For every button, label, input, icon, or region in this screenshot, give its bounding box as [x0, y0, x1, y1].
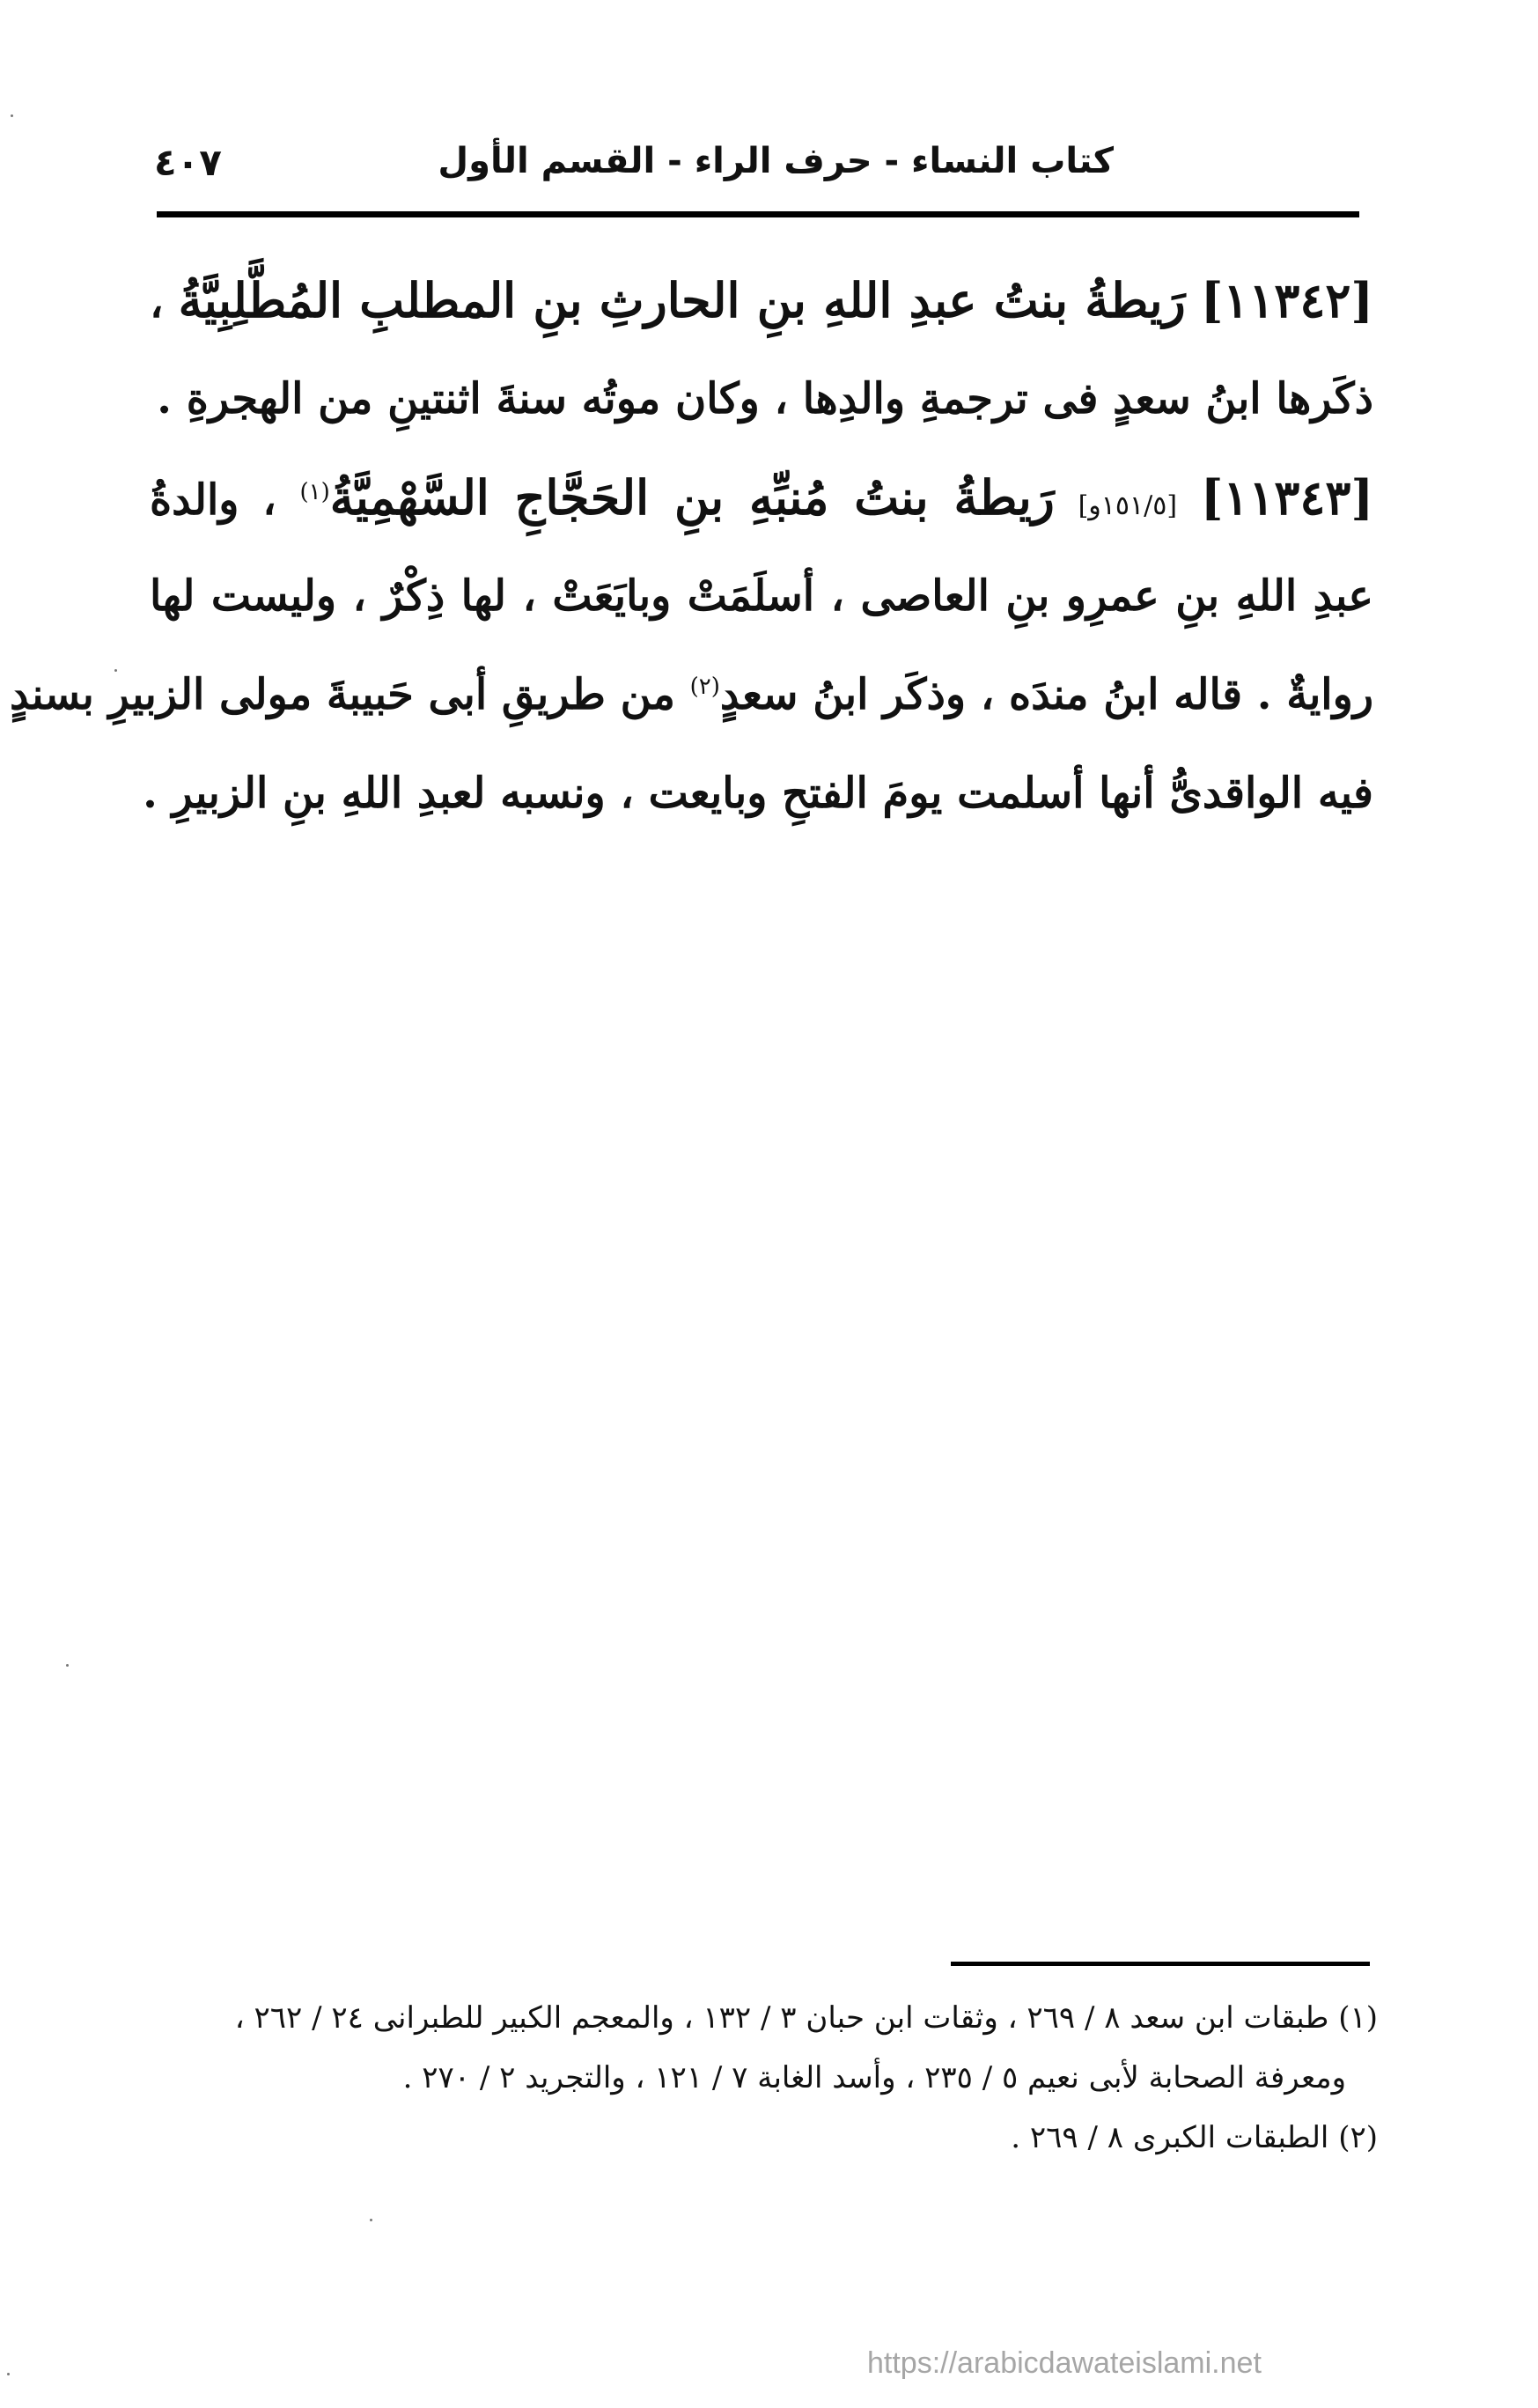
running-title: كتاب النساء - حرف الراء - القسم الأول	[438, 141, 1114, 181]
page-number: ٤٠٧	[154, 141, 222, 184]
footnote-label: (٢)	[1338, 2120, 1378, 2155]
entry-number: [١١٣٤٣]	[1201, 469, 1373, 526]
entry-11343-line-4: فيه الواقدىُّ أنها أسلمت يومَ الفتحِ وبا…	[150, 744, 1373, 843]
footnote-text: الطبقات الكبرى ٨ / ٢٦٩ .	[1011, 2120, 1328, 2155]
scan-speck	[66, 1664, 69, 1667]
footnote-separator	[951, 1962, 1370, 1966]
footnotes: (١) طبقات ابن سعد ٨ / ٢٦٩ ، وثقات ابن حب…	[154, 1988, 1378, 2168]
footnote-reference-1[interactable]: (١)	[300, 479, 330, 505]
scan-speck	[7, 2373, 10, 2375]
entry-11342-line-1: [١١٣٤٢] رَيطةُ بنتُ عبدِ اللهِ بنِ الحار…	[150, 251, 1373, 350]
entry-11343-line-2: عبدِ اللهِ بنِ عمرِو بنِ العاصى ، أسلَمَ…	[150, 547, 1373, 645]
footnote-reference-2[interactable]: (٢)	[690, 674, 720, 700]
text-segment: روايةٌ . قاله ابنُ مندَه ، وذكَر ابنُ سع…	[720, 670, 1373, 719]
entry-punctuation: ،	[150, 278, 164, 328]
footnote-1-line-2: ومعرفة الصحابة لأبى نعيم ٥ / ٢٣٥ ، وأسد …	[154, 2048, 1378, 2108]
entry-name: رَيطةُ بنتُ عبدِ اللهِ بنِ الحارثِ بنِ ا…	[179, 272, 1186, 328]
main-text: [١١٣٤٢] رَيطةُ بنتُ عبدِ اللهِ بنِ الحار…	[150, 251, 1373, 843]
scan-speck	[11, 114, 13, 117]
entry-11342-line-2: ذكَرها ابنُ سعدٍ فى ترجمةِ والدِها ، وكا…	[150, 350, 1373, 448]
footnote-label: (١)	[1338, 2000, 1378, 2036]
header-rule	[157, 211, 1359, 217]
text-segment: من طريقِ أبى حَبيبةَ مولى الزبيرِ بسندٍ	[10, 670, 675, 719]
watermark-url: https://arabicdawateislami.net	[867, 2346, 1262, 2381]
footnote-text: طبقات ابن سعد ٨ / ٢٦٩ ، وثقات ابن حبان ٣…	[235, 2000, 1329, 2036]
scan-speck	[370, 2219, 372, 2221]
entry-11343-line-1: [١١٣٤٣] [١٥١/٥و] رَيطةُ بنتُ مُنبِّهِ بن…	[150, 448, 1373, 547]
entry-number: [١١٣٤٢]	[1201, 272, 1373, 328]
footnote-1-line-1: (١) طبقات ابن سعد ٨ / ٢٦٩ ، وثقات ابن حب…	[154, 1988, 1378, 2048]
entry-11343-line-3: روايةٌ . قاله ابنُ مندَه ، وذكَر ابنُ سع…	[150, 645, 1373, 744]
entry-name: رَيطةُ بنتُ مُنبِّهِ بنِ الحَجَّاجِ السَ…	[330, 469, 1055, 526]
footnote-2: (٢) الطبقات الكبرى ٨ / ٢٦٩ .	[154, 2108, 1378, 2168]
volume-reference: [١٥١/٥و]	[1078, 490, 1177, 521]
scan-speck	[114, 669, 117, 672]
page-header: كتاب النساء - حرف الراء - القسم الأول ٤٠…	[154, 141, 1360, 194]
entry-line-tail: ، والدةُ	[150, 475, 276, 525]
